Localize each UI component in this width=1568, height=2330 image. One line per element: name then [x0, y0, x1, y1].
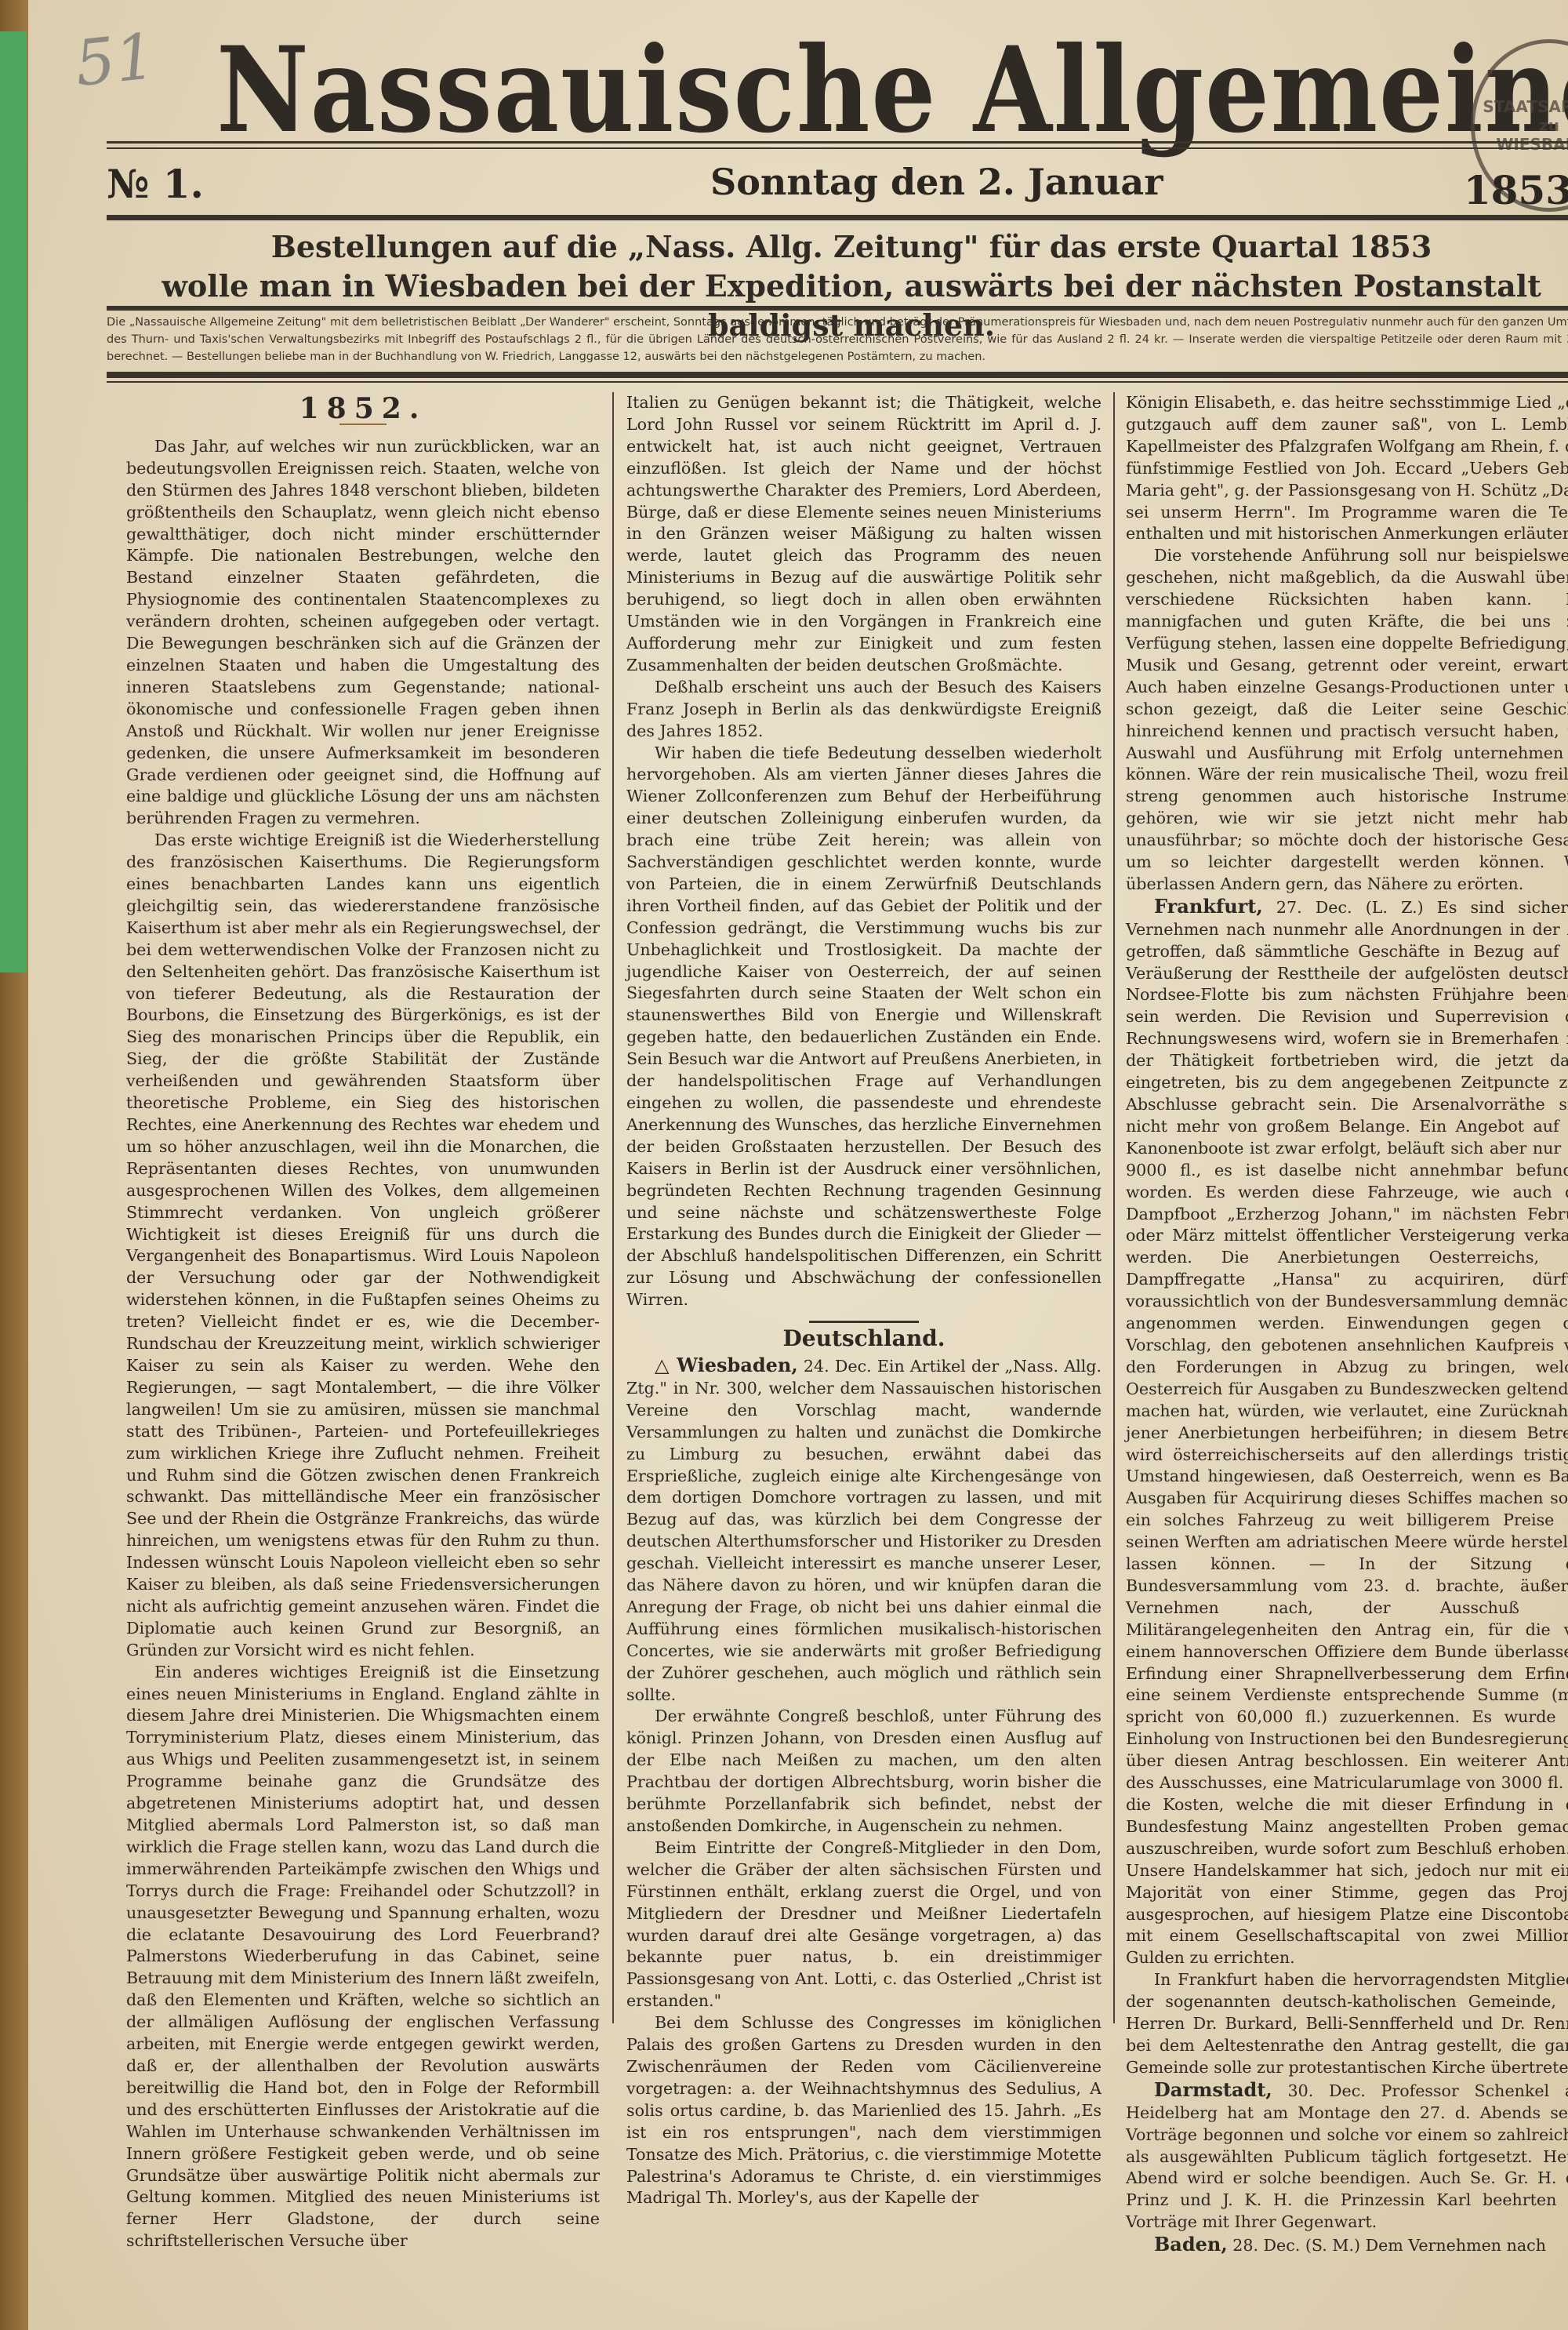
article-heading-1852: 1852. [126, 398, 600, 420]
issue-year: 1853 [1464, 167, 1568, 213]
dateline-date: 24. Dec. [798, 1357, 872, 1376]
column-2: Italien zu Genügen bekannt ist; die Thät… [626, 392, 1102, 2039]
publication-terms: Die „Nassauische Allgemeine Zeitung" mit… [107, 314, 1568, 365]
news-text: Es sind sicherem Vernehmen nach nunmehr … [1126, 898, 1568, 1968]
dateline-wiesbaden: △ Wiesbaden, [655, 1354, 798, 1376]
news-text: Ein Artikel der „Nass. Allg. Ztg." in Nr… [626, 1357, 1102, 1704]
section-heading-deutschland: Deutschland. [626, 1328, 1102, 1350]
news-item-wiesbaden: △ Wiesbaden, 24. Dec. Ein Artikel der „N… [626, 1354, 1102, 1707]
section-divider [809, 1321, 919, 1323]
stamp-text-top: STAATSARCHIV [1483, 97, 1568, 116]
issue-info-row: № 1. Sonntag den 2. Januar 1853 [107, 161, 1568, 216]
article-paragraph: Der erwähnte Congreß beschloß, unter Füh… [626, 1706, 1102, 1837]
news-item-baden: Baden, 28. Dec. (S. M.) Dem Vernehmen na… [1126, 2234, 1568, 2257]
dateline-darmstadt: Darmstadt, [1154, 2078, 1272, 2101]
content-rule-thin [107, 381, 1568, 383]
dateline-date: 30. Dec. [1272, 2081, 1366, 2100]
article-paragraph: Königin Elisabeth, e. das heitre sechsst… [1126, 392, 1568, 545]
news-item-frankfurt: Frankfurt, 27. Dec. (L. Z.) Es sind sich… [1126, 896, 1568, 1969]
issue-date: Sonntag den 2. Januar [710, 161, 1163, 203]
column-divider-2 [1113, 392, 1115, 2023]
green-binding-strip [0, 31, 27, 972]
masthead-rule-top [107, 141, 1568, 144]
issue-rule [107, 215, 1568, 220]
masthead-title: Nassauische Allgemeine Zeitung. [216, 31, 1282, 149]
stamp-text-bottom: WIESBADEN [1496, 135, 1568, 154]
article-paragraph: Italien zu Genügen bekannt ist; die Thät… [626, 392, 1102, 677]
column-divider-1 [612, 392, 614, 2023]
dateline-frankfurt: Frankfurt, [1154, 895, 1263, 918]
article-paragraph: Das erste wichtige Ereigniß ist die Wied… [126, 830, 600, 1661]
notice-line-1: Bestellungen auf die „Nass. Allg. Zeitun… [107, 227, 1568, 267]
article-paragraph: Das Jahr, auf welches wir nun zurückblic… [126, 436, 600, 830]
article-paragraph: Wir haben die tiefe Bedeutung desselben … [626, 743, 1102, 1312]
article-paragraph: In Frankfurt haben die hervorragendsten … [1126, 1969, 1568, 2079]
article-paragraph: Die vorstehende Anführung soll nur beisp… [1126, 545, 1568, 896]
content-rule-thick [107, 372, 1568, 378]
masthead-rule-top-thin [107, 147, 1568, 149]
column-1: 1852. Das Jahr, auf welches wir nun zurü… [126, 392, 600, 2039]
dateline-baden: Baden, [1154, 2233, 1228, 2255]
dateline-date: 27. Dec. (L. Z.) [1263, 898, 1424, 917]
article-paragraph: Ein anderes wichtiges Ereigniß ist die E… [126, 1662, 600, 2252]
column-3: Königin Elisabeth, e. das heitre sechsst… [1126, 392, 1568, 2039]
article-paragraph: Bei dem Schlusse des Congresses im könig… [626, 2012, 1102, 2209]
notice-rule [107, 306, 1568, 311]
handwritten-page-number: 51 [71, 20, 158, 100]
newspaper-page: 51 Nassauische Allgemeine Zeitung. STAAT… [28, 0, 1568, 2330]
news-text: Professor Schenkel aus Heidelberg hat am… [1126, 2081, 1568, 2231]
stamp-text-middle: zu [1539, 116, 1559, 135]
article-paragraph: Deßhalb erscheint uns auch der Besuch de… [626, 677, 1102, 743]
news-text: Dem Vernehmen nach [1360, 2236, 1546, 2255]
dateline-date: 28. Dec. (S. M.) [1228, 2236, 1360, 2255]
news-item-darmstadt: Darmstadt, 30. Dec. Professor Schenkel a… [1126, 2079, 1568, 2234]
issue-number: № 1. [107, 161, 204, 207]
article-paragraph: Beim Eintritte der Congreß-Mitglieder in… [626, 1837, 1102, 2012]
